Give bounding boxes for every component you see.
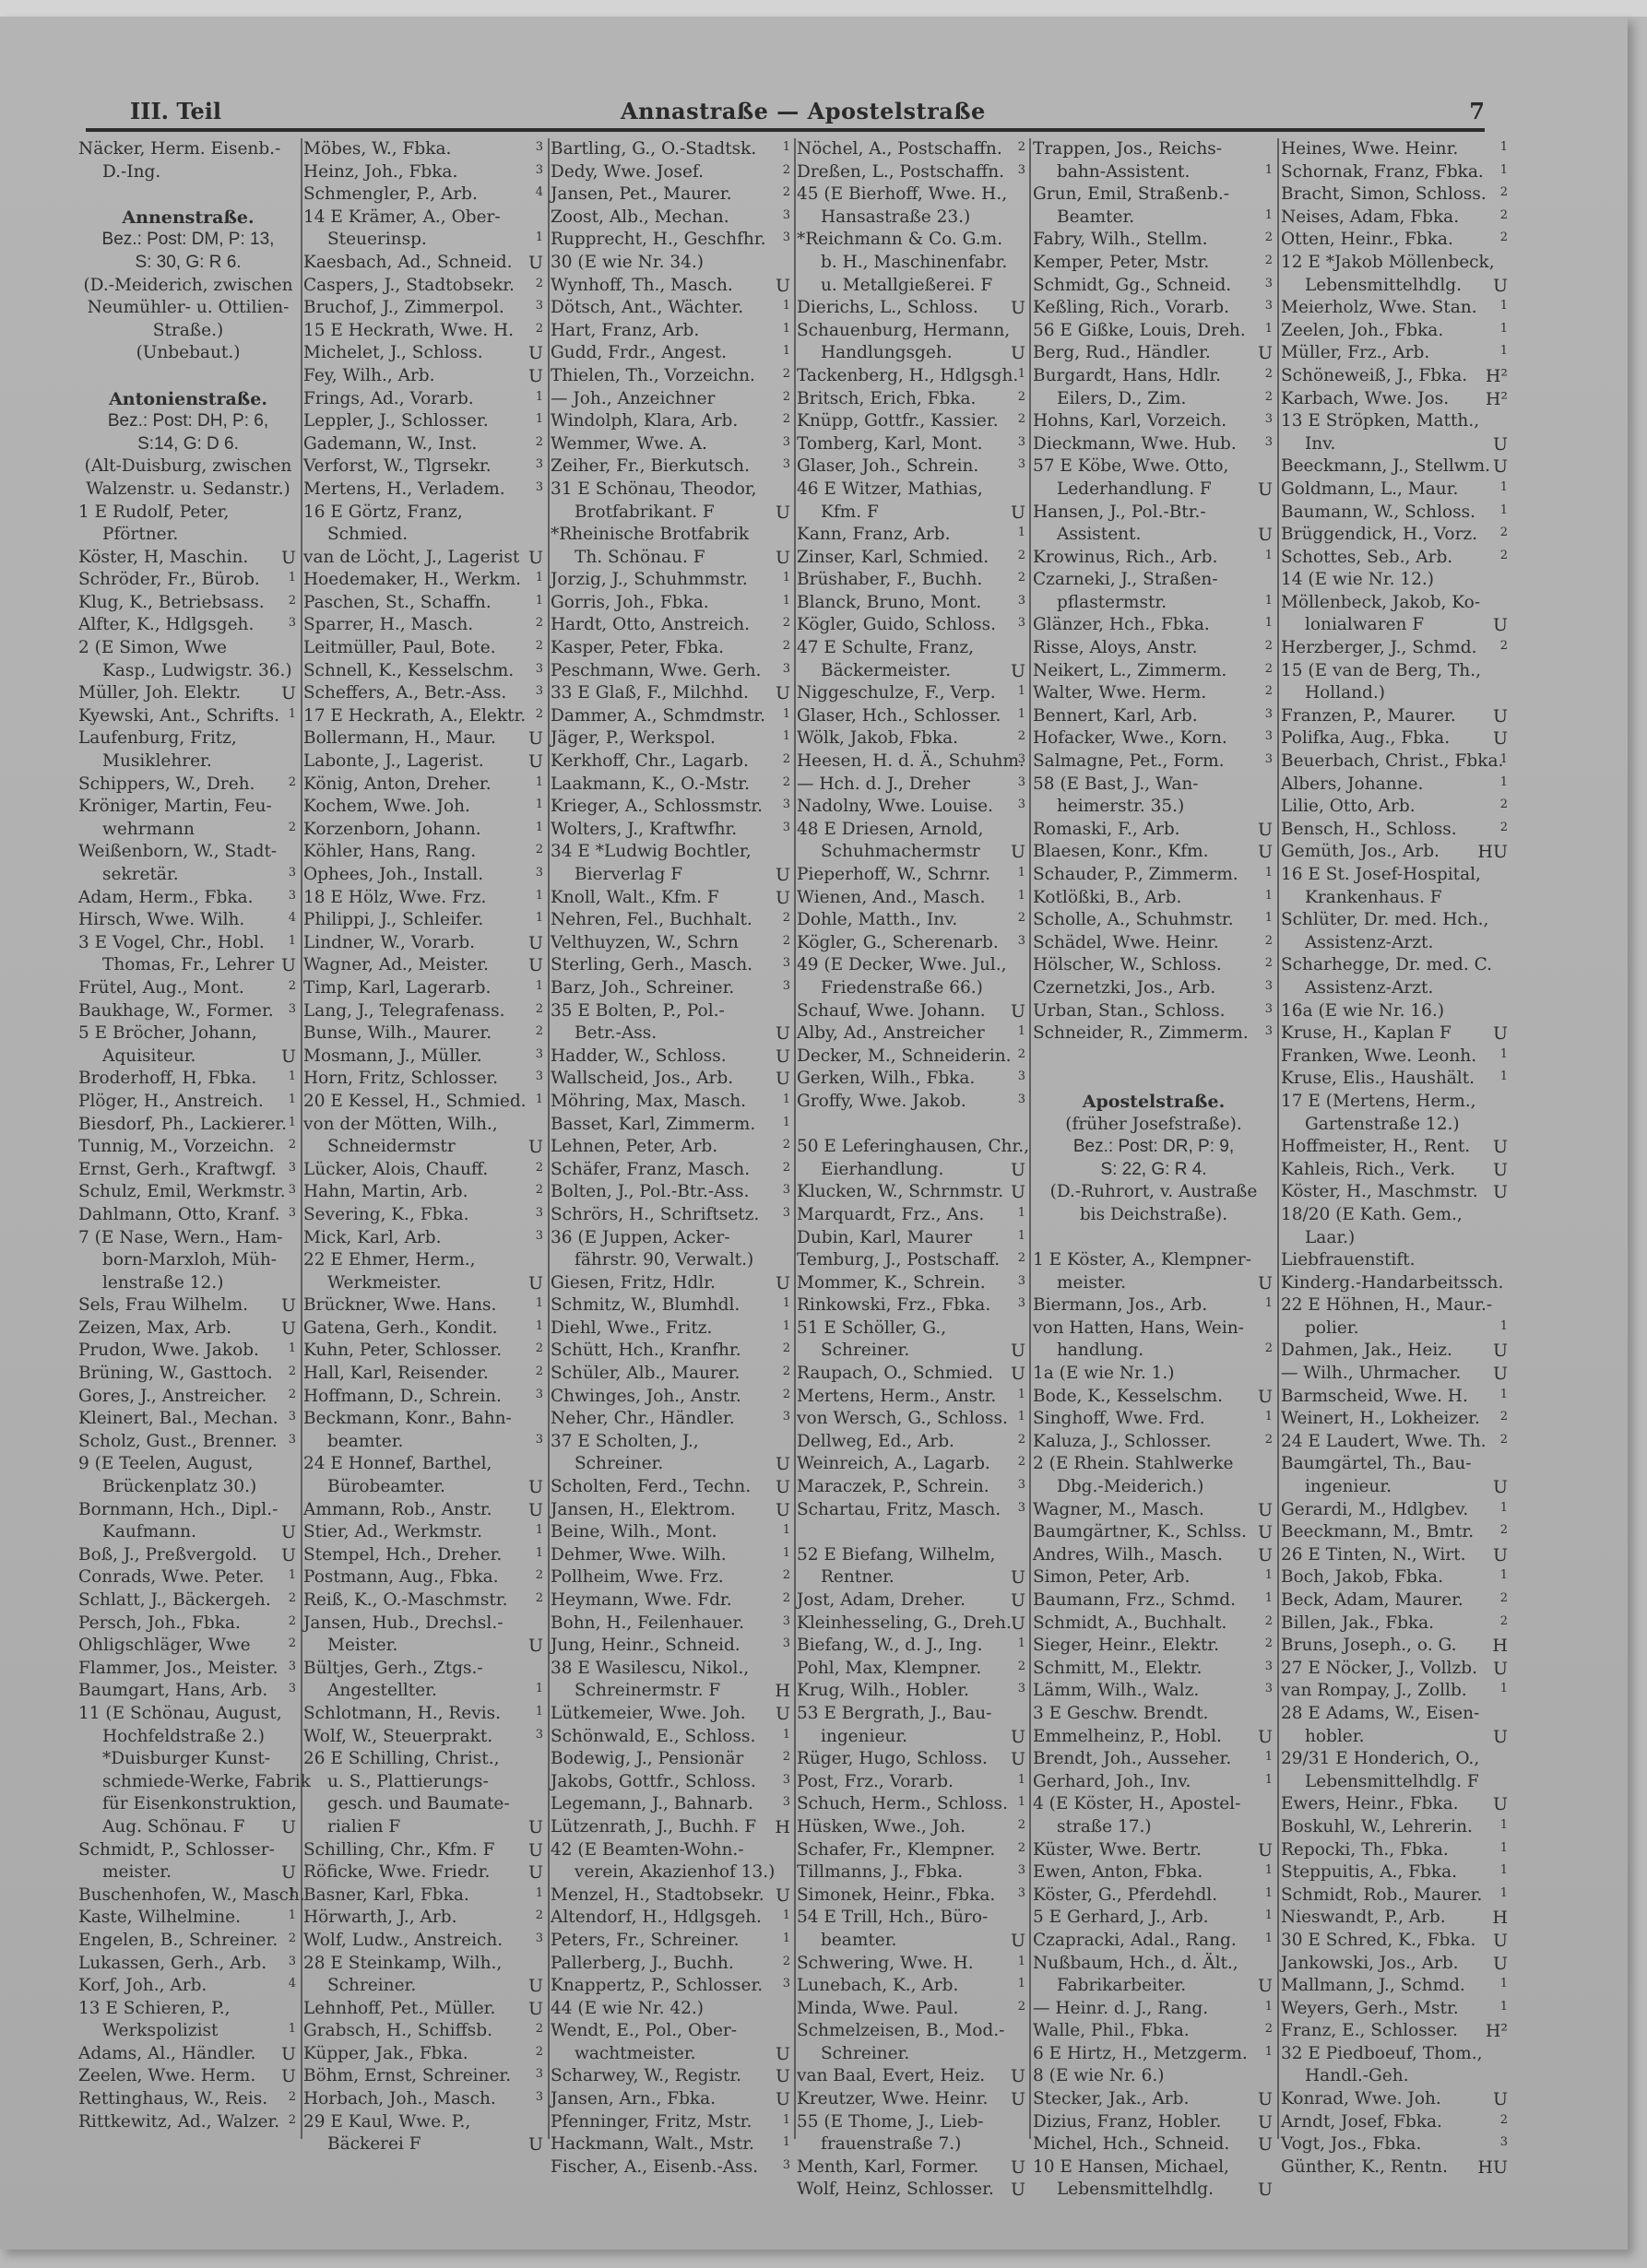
directory-line: Schlotmann, H., Revis.1 [303, 1703, 545, 1726]
directory-line: Knoll, Walt., Kfm. FU [551, 887, 792, 910]
directory-line: Assistenz-Arzt. [1281, 977, 1510, 1000]
directory-line: Kfm. FU [797, 502, 1027, 525]
directory-line: Hansastraße 23.) [797, 207, 1027, 230]
street-info: S:14, G: D 6. [78, 433, 298, 456]
entry-text: u. Metallgießerei. F [797, 275, 992, 298]
directory-line: Dahmen, Jak., Heiz.U [1281, 1340, 1510, 1363]
entry-text: Schmengler, P., Arb. [303, 183, 478, 207]
floor-marker: 3 [536, 2086, 543, 2109]
entry-text: Kinderg.-Handarbeitssch. [1281, 1272, 1503, 1295]
directory-line: Kyewski, Ant., Schrifts.1 [78, 705, 298, 728]
floor-marker: 3 [1265, 431, 1273, 455]
directory-line: 1a (E wie Nr. 1.) [1033, 1363, 1274, 1386]
entry-text: von Hatten, Hans, Wein- [1033, 1317, 1244, 1341]
directory-line: Aug. Schönau. FU [78, 1816, 298, 1839]
entry-text: Küster, Wwe. Bertr. [1033, 1839, 1202, 1862]
directory-line: Blaesen, Konr., Kfm.U [1033, 841, 1274, 864]
floor-marker: 1 [783, 295, 790, 318]
entry-text: Kyewski, Ant., Schrifts. [78, 705, 279, 728]
directory-line: Th. Schönau. FU [551, 547, 792, 570]
directory-line: Altendorf, H., Hdlgsgeh.1 [551, 1907, 792, 1930]
entry-text: Kaluza, J., Schlosser. [1033, 1431, 1211, 1454]
directory-line: Dreßen, L., Postschaffn.3 [797, 161, 1027, 184]
directory-line: Brückner, Wwe. Hans.1 [303, 1294, 545, 1317]
floor-marker: 1 [1265, 907, 1273, 930]
directory-line: Dötsch, Ant., Wächter.1 [551, 297, 792, 320]
directory-line: Küpper, Jak., Fbka.2 [303, 2043, 545, 2066]
directory-line: Schmied. [303, 524, 545, 547]
floor-marker: 1 [783, 1905, 790, 1928]
floor-marker: 1 [289, 2018, 296, 2041]
entry-text: Bollermann, H., Maur. [303, 727, 496, 750]
floor-marker: 3 [536, 862, 543, 885]
entry-text: Schwering, Wwe. H. [797, 1953, 974, 1976]
entry-text: Gudd, Frdr., Angest. [551, 342, 727, 365]
directory-line: Herzberger, J., Schmd.2 [1281, 637, 1510, 660]
directory-line: Meister.U [303, 1635, 545, 1658]
directory-line: Lämm, Wilh., Walz.3 [1033, 1680, 1274, 1703]
entry-text: wehrmann [78, 819, 195, 842]
directory-line: Britsch, Erich, Fbka.2 [797, 388, 1027, 411]
directory-line: Laufenburg, Fritz, [78, 727, 298, 750]
entry-text: Schlotmann, H., Revis. [303, 1703, 501, 1726]
entry-text: Mosmann, J., Müller. [303, 1045, 482, 1069]
entry-text: Beamter. [1033, 207, 1134, 230]
entry-text: Konrad, Wwe. Joh. [1281, 2088, 1441, 2111]
directory-line: 5 E Gerhard, J., Arb.1 [1033, 1907, 1274, 1930]
directory-line: Wolf, Ludw., Anstreich.3 [303, 1930, 545, 1953]
directory-line: Temburg, J., Postschaff.2 [797, 1249, 1027, 1272]
directory-line: bis Deichstraße). [1033, 1204, 1274, 1227]
entry-text: 35 E Bolten, P., Pol.- [551, 1000, 725, 1023]
part-label: III. Teil [130, 98, 221, 124]
column-2: Möbes, W., Fbka.3Heinz, Joh., Fbka.3Schm… [303, 138, 545, 2156]
entry-text: Ewen, Anton, Fbka. [1033, 1861, 1203, 1884]
entry-text: 2 (E Rhein. Stahlwerke [1033, 1453, 1233, 1476]
floor-marker: 3 [783, 952, 790, 975]
entry-text: Bolten, J., Pol.-Btr.-Ass. [551, 1181, 749, 1204]
entry-text: Jorzig, J., Schuhmmstr. [551, 569, 748, 592]
entry-text: S:14, G: D 6. [137, 433, 239, 456]
floor-marker: 1 [289, 1883, 296, 1906]
entry-text: 53 E Bergrath, J., Bau- [797, 1703, 991, 1726]
floor-marker: U [1258, 1544, 1273, 1567]
floor-marker: 1 [289, 567, 296, 590]
directory-line: Schäfer, Franz, Masch.2 [551, 1159, 792, 1182]
directory-line: Plöger, H., Anstreich.1 [78, 1091, 298, 1114]
entry-text: Schreiner. [797, 2043, 909, 2066]
floor-marker: 3 [1265, 998, 1273, 1022]
directory-line: Pollheim, Wwe. Frz.2 [551, 1566, 792, 1589]
entry-text: Schädel, Wwe. Heinr. [1033, 932, 1219, 955]
entry-text: Tunnig, M., Vorzeichn. [78, 1136, 275, 1159]
floor-marker: U [776, 1499, 790, 1522]
directory-line: Kögler, Guido, Schloss.3 [797, 614, 1027, 637]
directory-line: Köster, G., Pferdehdl.1 [1033, 1884, 1274, 1908]
entry-text: Wemmer, Wwe. A. [551, 433, 707, 456]
entry-text: Herzberger, J., Schmd. [1281, 637, 1477, 660]
directory-line: 52 E Biefang, Wilhelm, [797, 1544, 1027, 1567]
floor-marker: U [281, 954, 296, 977]
directory-line: 46 E Witzer, Mathias, [797, 478, 1027, 502]
directory-line: Ammann, Rob., Anstr.U [303, 1499, 545, 1522]
directory-line: Schüler, Alb., Maurer.2 [551, 1363, 792, 1386]
directory-line: verein, Akazienhof 13.) [551, 1861, 792, 1884]
directory-line: Kruse, Elis., Haushält.1 [1281, 1068, 1510, 1091]
directory-line: 16a (E wie Nr. 16.) [1281, 1000, 1510, 1023]
floor-marker: 3 [1018, 1860, 1025, 1883]
directory-line: Kaufmann.U [78, 1521, 298, 1544]
entry-text: Schlatt, J., Bäckergeh. [78, 1589, 271, 1612]
directory-line: Zeelen, Joh., Fbka.1 [1281, 320, 1510, 343]
entry-text: Bez.: Post: DM, P: 13, [102, 229, 275, 252]
entry-text: Sterling, Gerh., Masch. [551, 954, 752, 977]
directory-line: Weinert, H., Lokheizer.2 [1281, 1408, 1510, 1431]
entry-text: Billen, Jak., Fbka. [1281, 1612, 1434, 1636]
floor-marker: 3 [289, 1951, 296, 1974]
floor-marker: 1 [783, 1542, 790, 1565]
directory-line: Brüshaber, F., Buchh.2 [797, 569, 1027, 592]
directory-line: Alfter, K., Hdlgsgeh.3 [78, 614, 298, 637]
entry-text: 6 E Hirtz, H., Metzgerm. [1033, 2043, 1248, 2066]
directory-line: Korzenborn, Johann.1 [303, 819, 545, 842]
floor-marker: 2 [1500, 1588, 1508, 1611]
directory-line: Hahn, Martin, Arb.2 [303, 1181, 545, 1204]
entry-text: 7 (E Nase, Wern., Ham- [78, 1227, 283, 1250]
floor-marker: 2 [783, 386, 790, 409]
floor-marker: 1 [783, 2132, 790, 2155]
floor-marker: 2 [1018, 567, 1025, 590]
directory-line: — Heinr. d. J., Rang.1 [1033, 1998, 1274, 2021]
entry-text: Wienen, And., Masch. [797, 887, 985, 910]
floor-marker: 1 [1500, 1497, 1508, 1520]
floor-marker: U [1258, 1386, 1273, 1409]
entry-text: Schafer, Fr., Klempner. [797, 1839, 995, 1862]
floor-marker: U [1258, 1272, 1273, 1295]
directory-line: wehrmann2 [78, 819, 298, 842]
directory-line: Böhm, Ernst, Schreiner.3 [303, 2065, 545, 2088]
floor-marker: 3 [289, 885, 296, 908]
directory-line: Scholle, A., Schuhmstr.1 [1033, 909, 1274, 932]
entry-text: Karbach, Wwe. Jos. [1281, 388, 1449, 411]
entry-text: Legemann, J., Bahnarb. [551, 1793, 753, 1816]
entry-text: Schauder, P., Zimmerm. [1033, 864, 1238, 887]
entry-text: Scharwey, W., Registr. [551, 2065, 741, 2088]
floor-marker: H [1492, 1907, 1508, 1930]
entry-text: Straße.) [153, 320, 223, 343]
entry-text: Schneidermstr [303, 1136, 456, 1159]
entry-text: Leppler, J., Schlosser. [303, 410, 489, 433]
directory-line: schmiede-Werke, Fabrik [78, 1771, 298, 1794]
entry-text: 55 (E Thome, J., Lieb- [797, 2111, 984, 2134]
floor-marker: 2 [289, 1134, 296, 1157]
entry-text: meister. [78, 1861, 172, 1884]
floor-marker: 2 [289, 2086, 296, 2109]
entry-text: 8 (E wie Nr. 6.) [1033, 2065, 1164, 2088]
directory-line: Lang, J., Telegrafenass.2 [303, 1000, 545, 1023]
directory-line: Jansen, H., Elektrom.U [551, 1499, 792, 1522]
entry-text: Nußbaum, Hch., d. Ält., [1033, 1953, 1238, 1976]
entry-text: Menzel, H., Stadtobsekr. [551, 1884, 764, 1908]
directory-line: Schreiner.U [303, 1975, 545, 1998]
directory-line: Heesen, H. d. Ä., Schuhm.3 [797, 750, 1027, 774]
floor-marker: HU [1477, 2156, 1508, 2179]
entry-text: Dohle, Matth., Inv. [797, 909, 957, 932]
directory-line: Laakmann, K., O.-Mstr.2 [551, 774, 792, 797]
floor-marker: 3 [536, 1384, 543, 1407]
entry-text: rialien F [303, 1816, 400, 1839]
entry-text: Schütt, Hch., Kranfhr. [551, 1340, 741, 1363]
floor-marker: U [528, 1998, 543, 2021]
entry-text: Glaser, Hch., Schlosser. [797, 705, 1001, 728]
entry-text: Bohn, H., Feilenhauer. [551, 1612, 744, 1636]
entry-text: Wynhoff, Th., Masch. [551, 275, 733, 298]
entry-text: lenstraße 12.) [78, 1272, 223, 1295]
floor-marker: 2 [1265, 386, 1273, 409]
floor-marker: 3 [783, 1791, 790, 1814]
entry-text: Röficke, Wwe. Friedr. [303, 1861, 490, 1884]
directory-line: Schmidt, Gg., Schneid.3 [1033, 275, 1274, 298]
entry-text: Tomberg, Karl, Mont. [797, 433, 983, 456]
entry-text: Hoffmann, D., Schrein. [303, 1386, 502, 1409]
entry-text: Köhler, Hans, Rang. [303, 841, 476, 864]
entry-text: Handlungsgeh. [797, 342, 953, 365]
floor-marker: 1 [1500, 1678, 1508, 1701]
directory-line: Hackmann, Walt., Mstr.1 [551, 2133, 792, 2156]
entry-text: 12 E *Jakob Möllenbeck, [1281, 252, 1495, 275]
floor-marker: U [776, 1453, 790, 1476]
floor-marker: 3 [1265, 1656, 1273, 1679]
directory-line: Franzen, P., Maurer.U [1281, 705, 1510, 728]
directory-line: Scharhegge, Dr. med. C. [1281, 954, 1510, 977]
entry-text: Jankowski, Jos., Arb. [1281, 1953, 1459, 1976]
floor-marker: 3 [1018, 590, 1025, 613]
floor-marker: 3 [783, 817, 790, 840]
floor-marker: H [1492, 1635, 1508, 1658]
floor-marker: 4 [289, 1973, 296, 1996]
entry-text: polier. [1281, 1317, 1358, 1341]
floor-marker: U [1258, 1839, 1273, 1862]
entry-text: 15 E Heckrath, Wwe. H. [303, 320, 514, 343]
entry-text: Wolters, J., Kraftwfhr. [551, 819, 737, 842]
directory-line: Kaesbach, Ad., Schneid.U [303, 252, 545, 275]
entry-text: Bracht, Simon, Schloss. [1281, 183, 1487, 207]
entry-text: Lebensmittelhdlg. [1033, 2179, 1214, 2202]
directory-line: Stier, Ad., Werkmstr.1 [303, 1521, 545, 1544]
entry-text: Kaste, Wilhelmine. [78, 1907, 241, 1930]
entry-text: Hoffmeister, H., Rent. [1281, 1136, 1470, 1159]
entry-text: Zeelen, Joh., Fbka. [1281, 320, 1443, 343]
floor-marker: 1 [289, 1089, 296, 1112]
directory-line: (Unbebaut.) [78, 342, 298, 365]
directory-line: Fey, Wilh., Arb.U [303, 365, 545, 388]
directory-line: Nieswandt, P., Arb.H [1281, 1907, 1510, 1930]
floor-marker: 1 [1500, 1883, 1508, 1906]
directory-line: Postmann, Aug., Fbka.2 [303, 1566, 545, 1589]
directory-line: Berg, Rud., Händler.U [1033, 342, 1274, 365]
directory-line: 8 (E wie Nr. 6.) [1033, 2065, 1274, 2088]
entry-text: Laar.) [1281, 1227, 1355, 1250]
entry-text: Broderhoff, H, Fbka. [78, 1068, 256, 1091]
floor-marker: U [1493, 614, 1508, 637]
entry-text: Laakmann, K., O.-Mstr. [551, 774, 750, 797]
directory-line: Brückenplatz 30.) [78, 1476, 298, 1499]
entry-text: beamter. [797, 1930, 896, 1953]
directory-line: ingenieur.U [1281, 1476, 1510, 1499]
floor-marker: 1 [289, 1112, 296, 1135]
entry-text: Peters, Fr., Schreiner. [551, 1930, 740, 1953]
directory-line: 1 E Rudolf, Peter, [78, 502, 298, 525]
floor-marker: 1 [1018, 885, 1025, 908]
floor-marker: 1 [1500, 1814, 1508, 1837]
floor-marker: 3 [1018, 772, 1025, 795]
floor-marker: U [1493, 1159, 1508, 1182]
entry-text: Wendt, E., Pol., Ober- [551, 2020, 737, 2043]
entry-text: Franz, E., Schlosser. [1281, 2020, 1458, 2043]
entry-text: Müller, Joh. Elektr. [78, 682, 241, 705]
floor-marker: U [1493, 1930, 1508, 1953]
floor-marker: 3 [289, 1179, 296, 1202]
entry-text: Wagner, M., Masch. [1033, 1499, 1204, 1522]
directory-line: meister.U [1033, 1272, 1274, 1295]
floor-marker: 1 [1018, 1406, 1025, 1429]
entry-text: Frings, Ad., Vorarb. [303, 388, 474, 411]
directory-line: u. Metallgießerei. F [797, 275, 1027, 298]
floor-marker: 3 [783, 431, 790, 455]
entry-text: 46 E Witzer, Mathias, [797, 478, 983, 502]
floor-marker: U [1011, 2065, 1025, 2088]
entry-text: Böhm, Ernst, Schreiner. [303, 2065, 511, 2088]
entry-text: 49 (E Decker, Wwe. Jul., [797, 954, 1006, 977]
directory-line: Kruse, H., Kaplan FU [1281, 1022, 1510, 1045]
entry-text: Baukhage, W., Former. [78, 1000, 274, 1023]
floor-marker: 1 [1018, 1225, 1025, 1248]
entry-text: Timp, Karl, Lagerarb. [303, 977, 491, 1000]
floor-marker: 3 [1018, 454, 1025, 477]
entry-text: Lücker, Alois, Chauff. [303, 1159, 488, 1182]
floor-marker: 2 [536, 703, 543, 726]
entry-text: Lehnhoff, Pet., Müller. [303, 1998, 495, 2021]
entry-text: Lebensmittelhdlg. [1281, 275, 1462, 298]
entry-text: Heinz, Joh., Fbka. [303, 161, 457, 184]
entry-text: verein, Akazienhof 13.) [551, 1861, 775, 1884]
entry-text: Lütkemeier, Wwe. Joh. [551, 1703, 746, 1726]
directory-line: Schmidt, Rob., Maurer.1 [1281, 1884, 1510, 1908]
entry-text: 9 (E Teelen, August, [78, 1453, 253, 1476]
street-info: Bez.: Post: DH, P: 6, [78, 410, 298, 433]
floor-marker: U [1258, 1726, 1273, 1749]
floor-marker: U [281, 682, 296, 705]
directory-line: Niggeschulze, F., Verp.1 [797, 682, 1027, 705]
floor-marker: 2 [783, 1951, 790, 1974]
directory-line: Andres, Wilh., Masch.U [1033, 1544, 1274, 1567]
entry-text: Kröniger, Martin, Feu- [78, 796, 272, 819]
directory-line: Konrad, Wwe. Joh.U [1281, 2088, 1510, 2111]
floor-marker: U [1258, 342, 1273, 365]
floor-marker: 3 [289, 1202, 296, 1225]
floor-marker: 1 [783, 318, 790, 341]
entry-text: Brendt, Joh., Ausseher. [1033, 1748, 1231, 1771]
entry-text: Hüsken, Wwe., Joh. [797, 1816, 966, 1839]
floor-marker: 3 [1018, 1293, 1025, 1316]
entry-text: Kemper, Peter, Mstr. [1033, 252, 1209, 275]
floor-marker: 3 [1265, 1021, 1273, 1044]
entry-text: Pieperhoff, W., Schrnr. [797, 864, 990, 887]
directory-line: Beuerbach, Christ., Fbka.1 [1281, 750, 1510, 774]
entry-text: Pfenninger, Fritz, Mstr. [551, 2111, 752, 2134]
floor-marker: 2 [1018, 386, 1025, 409]
floor-marker: U [776, 1272, 790, 1295]
directory-line: 5 E Bröcher, Johann, [78, 1022, 298, 1045]
directory-line: Marquardt, Frz., Ans.1 [797, 1204, 1027, 1227]
entry-text: Bode, K., Kesselschm. [1033, 1386, 1223, 1409]
entry-text: Lebensmittelhdlg. F [1281, 1771, 1479, 1794]
entry-text: Bunse, Wilh., Maurer. [303, 1022, 492, 1045]
floor-marker: U [528, 342, 543, 365]
directory-line: Müller, Joh. Elektr.U [78, 682, 298, 705]
entry-text: Heesen, H. d. Ä., Schuhm. [797, 750, 1025, 774]
entry-text: Simon, Peter, Arb. [1033, 1566, 1190, 1589]
floor-marker: U [1011, 1748, 1025, 1771]
directory-line: für Eisenkonstruktion, [78, 1793, 298, 1816]
floor-marker: 1 [1500, 772, 1508, 795]
floor-marker: U [1258, 2133, 1273, 2156]
entry-text: 24 E Honnef, Barthel, [303, 1453, 492, 1476]
entry-text: Fabrikarbeiter. [1033, 1975, 1186, 1998]
directory-line: Keßling, Rich., Vorarb.3 [1033, 297, 1274, 320]
entry-text: Gademann, W., Inst. [303, 433, 477, 456]
directory-line: Lehnhoff, Pet., Müller.U [303, 1998, 545, 2021]
directory-line: Schädel, Wwe. Heinr.2 [1033, 932, 1274, 955]
directory-line: Köhler, Hans, Rang.2 [303, 841, 545, 864]
directory-line: Brüggendick, H., Vorz.2 [1281, 524, 1510, 547]
entry-text: Kahleis, Rich., Verk. [1281, 1159, 1455, 1182]
floor-marker: 2 [289, 1633, 296, 1656]
floor-marker: U [1493, 1476, 1508, 1499]
floor-marker: 2 [1265, 363, 1273, 386]
entry-text: Kuhn, Peter, Schlosser. [303, 1340, 502, 1363]
directory-line: Otten, Heinr., Fbka.2 [1281, 229, 1510, 252]
entry-text: Jansen, H., Elektrom. [551, 1499, 736, 1522]
entry-text: Bennert, Karl, Arb. [1033, 705, 1198, 728]
floor-marker: 2 [1265, 1611, 1273, 1634]
directory-line: 50 E Leferinghausen, Chr., [797, 1136, 1027, 1159]
entry-text: Lehnen, Peter, Arb. [551, 1136, 717, 1159]
floor-marker: 3 [536, 1724, 543, 1747]
floor-marker: 3 [783, 794, 790, 817]
directory-line: Beeckmann, M., Bmtr.2 [1281, 1521, 1510, 1544]
directory-line: Stempel, Hch., Dreher.1 [303, 1544, 545, 1567]
entry-text: sekretär. [78, 864, 179, 887]
directory-line: Schnell, K., Kesselschm.3 [303, 660, 545, 683]
directory-line: van Baal, Evert, Heiz.U [797, 2065, 1027, 2088]
floor-marker: U [1011, 2156, 1025, 2179]
directory-line: Wolf, W., Steuerprakt.3 [303, 1726, 545, 1749]
floor-marker: 2 [1018, 1996, 1025, 2019]
entry-text: handlung. [1033, 1340, 1143, 1363]
entry-text: Hirsch, Wwe. Wilh. [78, 909, 244, 932]
directory-line: 2 (E Simon, Wwe [78, 637, 298, 660]
floor-marker: 2 [783, 1338, 790, 1361]
street-info: S: 22, G: R 4. [1033, 1159, 1274, 1182]
directory-line: ingenieur.U [797, 1726, 1027, 1749]
directory-line: Jorzig, J., Schuhmmstr.1 [551, 569, 792, 592]
entry-text: Beckmann, Konr., Bahn- [303, 1408, 512, 1431]
entry-text: Hart, Franz, Arb. [551, 320, 699, 343]
entry-text: Mertens, H., Verladem. [303, 478, 505, 502]
floor-marker: 2 [1265, 227, 1273, 250]
directory-line: (Alt-Duisburg, zwischen [78, 455, 298, 478]
